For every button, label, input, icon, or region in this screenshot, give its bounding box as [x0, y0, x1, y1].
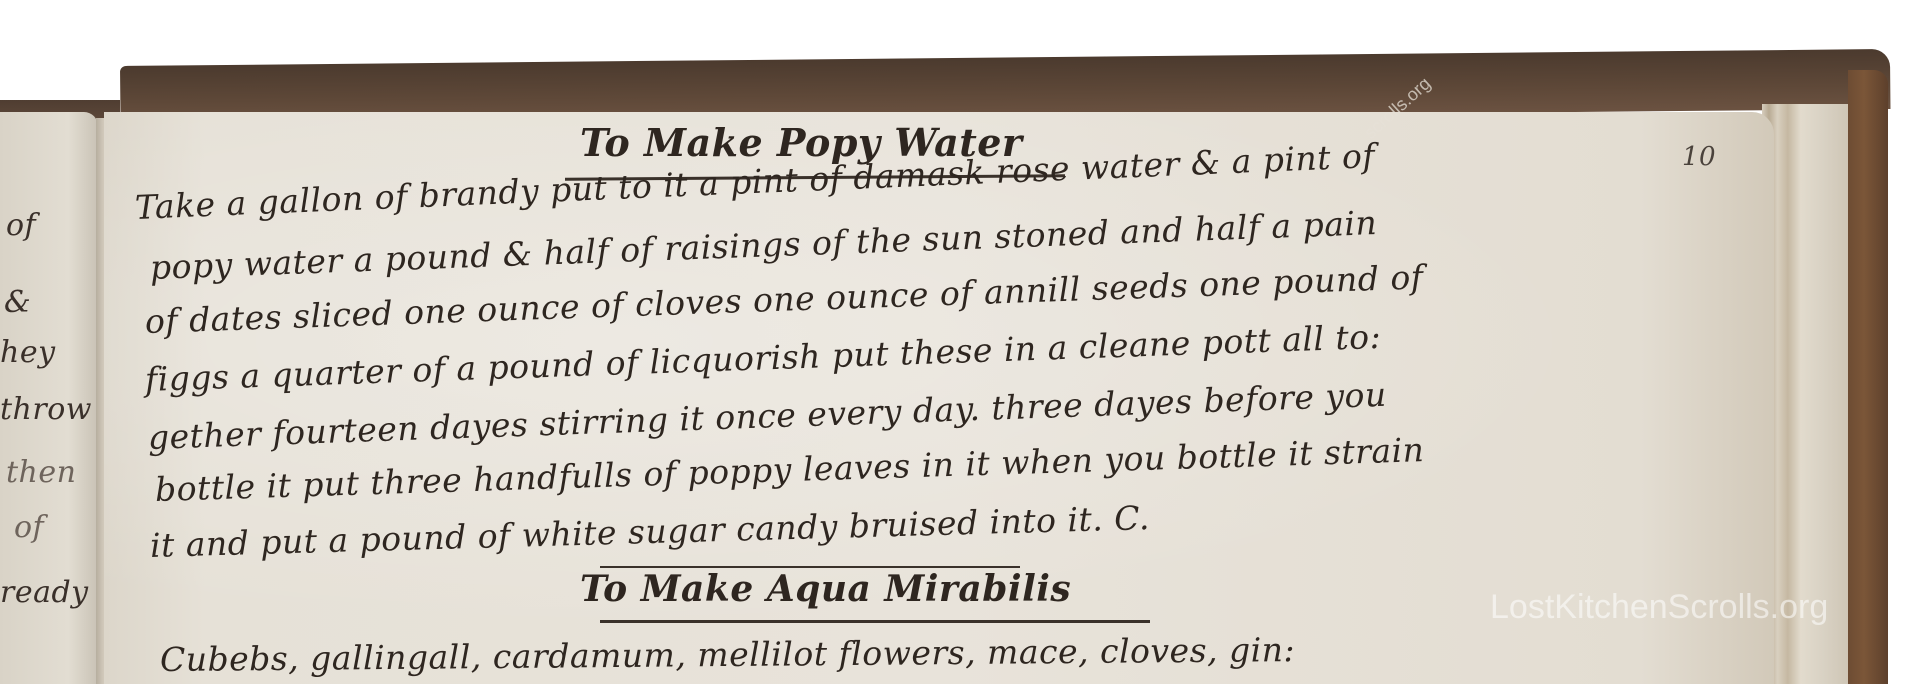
left-fragment: of — [14, 510, 44, 545]
left-fragment: then — [6, 455, 76, 490]
watermark: LostKitchenScrolls.org — [1490, 588, 1828, 627]
left-fragment: ready — [0, 575, 89, 610]
manuscript-photo: of & hey throw then of ready 10 To Make … — [0, 0, 1920, 684]
title-underline — [600, 620, 1150, 623]
left-fragment: of — [6, 208, 36, 243]
folio-number: 10 — [1682, 142, 1716, 172]
left-fragment: throw — [0, 392, 92, 427]
left-fragment: & — [4, 285, 31, 320]
recipe-title: To Make Aqua Mirabilis — [580, 568, 1071, 610]
leather-cover-right — [1848, 70, 1888, 684]
left-fragment: hey — [0, 335, 56, 370]
